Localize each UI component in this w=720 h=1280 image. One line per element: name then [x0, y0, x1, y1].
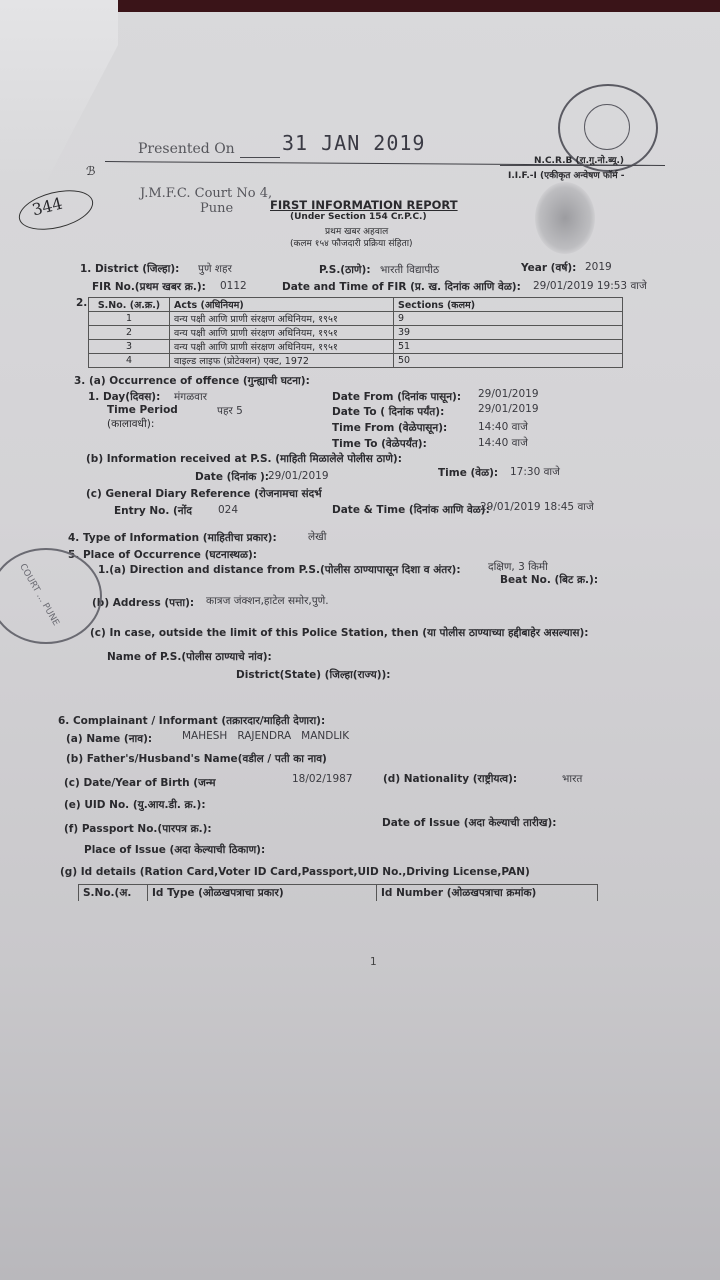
fir-no-value: 0112	[220, 280, 247, 292]
table-row: 1 वन्य पक्षी आणि प्राणी संरक्षण अधिनियम,…	[89, 312, 623, 326]
date-to-value: 29/01/2019	[478, 403, 539, 415]
date-from-value: 29/01/2019	[478, 388, 539, 400]
page-number: 1	[370, 956, 377, 968]
date-from-label: Date From (दिनांक पासून):	[332, 390, 461, 404]
id-table-header: S.No.(अ. Id Type (ओळखपत्राचा प्रकार) Id …	[79, 885, 598, 902]
court-name: J.M.F.C. Court No 4,	[140, 186, 272, 201]
info-time-label: Time (वेळ):	[438, 466, 498, 480]
header-sno: S.No. (अ.क्र.)	[89, 298, 170, 312]
name-label: (a) Name (नाव):	[66, 732, 152, 746]
id-header-number: Id Number (ओळखपत्राचा क्रमांक)	[377, 885, 598, 902]
ps-label: P.S.(ठाणे):	[319, 263, 371, 277]
fir-no-label: FIR No.(प्रथम खबर क्र.):	[92, 280, 206, 294]
emblem-icon	[584, 104, 630, 150]
background-dark-band	[118, 0, 720, 12]
time-to-label: Time To (वेळेपर्यंत):	[332, 437, 427, 451]
other-ps-name-label: Name of P.S.(पोलीस ठाण्याचे नांव):	[107, 650, 272, 664]
id-details-label: (g) Id details (Ration Card,Voter ID Car…	[60, 866, 530, 878]
time-from-label: Time From (वेळेपासून):	[332, 421, 447, 435]
info-received-heading: (b) Information received at P.S. (माहिती…	[86, 452, 402, 466]
direction-label: 1.(a) Direction and distance from P.S.(प…	[98, 563, 461, 577]
issue-date-label: Date of Issue (अदा केल्याची तारीख):	[382, 816, 556, 830]
issue-place-label: Place of Issue (अदा केल्याची ठिकाण):	[84, 843, 265, 857]
id-details-table: S.No.(अ. Id Type (ओळखपत्राचा प्रकार) Id …	[78, 884, 598, 901]
info-date-label: Date (दिनांक ):	[195, 470, 269, 484]
fir-datetime-label: Date and Time of FIR (प्र. ख. दिनांक आणि…	[282, 280, 521, 294]
court-seal-text: COURT ... PUNE	[17, 562, 61, 627]
report-subtitle: (Under Section 154 Cr.P.C.)	[290, 212, 427, 222]
outside-limit-label: (c) In case, outside the limit of this P…	[90, 626, 589, 640]
handwritten-mark: ℬ	[86, 164, 95, 178]
header-sections: Sections (कलम)	[394, 298, 623, 312]
ncrb-rule	[500, 165, 650, 166]
gd-reference-heading: (c) General Diary Reference (रोजनामचा सं…	[86, 487, 322, 501]
section-2-number: 2.	[76, 297, 87, 309]
time-period-value: पहर 5	[217, 404, 243, 418]
address-value: कात्रज जंक्शन,हाटेल समोर,पुणे.	[206, 594, 329, 608]
time-period-label-2: (कालावधी):	[107, 417, 154, 431]
dob-value: 18/02/1987	[292, 773, 353, 785]
day-label: 1. Day(दिवस):	[88, 390, 160, 404]
ps-value: भारती विद्यापीठ	[380, 263, 439, 277]
nationality-label: (d) Nationality (राष्ट्रीयत्व):	[383, 772, 517, 786]
time-to-value: 14:40 वाजे	[478, 436, 528, 450]
underlying-page-edge	[0, 0, 118, 180]
district-value: पुणे शहर	[198, 262, 232, 276]
beat-no-label: Beat No. (बिट क्र.):	[500, 573, 598, 587]
time-period-label: Time Period	[107, 404, 178, 416]
year-label: Year (वर्ष):	[521, 261, 576, 275]
place-heading: 5. Place of Occurrence (घटनास्थळ):	[68, 548, 257, 562]
table-row: 2 वन्य पक्षी आणि प्राणी संरक्षण अधिनियम,…	[89, 326, 623, 340]
id-header-sno: S.No.(अ.	[79, 885, 148, 902]
nationality-value: भारत	[562, 772, 582, 786]
table-row: 4 वाइल्ड लाइफ (प्रोटेक्शन) एक्ट, 1972 50	[89, 354, 623, 368]
court-seal: COURT ... PUNE	[0, 548, 102, 644]
report-subtitle-marathi-2: (कलम १५४ फौजदारी प्रक्रिया संहिता)	[290, 236, 413, 249]
direction-value: दक्षिण, 3 किमी	[488, 560, 548, 574]
info-date-value: 29/01/2019	[268, 470, 329, 482]
info-type-value: लेखी	[308, 530, 326, 544]
header-acts: Acts (अधिनियम)	[170, 298, 394, 312]
complainant-heading: 6. Complainant / Informant (तक्रारदार/मा…	[58, 714, 325, 728]
court-city: Pune	[200, 201, 233, 216]
passport-label: (f) Passport No.(पारपत्र क्र.):	[64, 822, 212, 836]
year-value: 2019	[585, 261, 612, 273]
acts-table: S.No. (अ.क्र.) Acts (अधिनियम) Sections (…	[88, 297, 623, 368]
entry-no-value: 024	[218, 504, 238, 516]
occurrence-heading: 3. (a) Occurrence of offence (गुन्ह्याची…	[74, 374, 310, 388]
date-to-label: Date To ( दिनांक पर्यंत):	[332, 405, 444, 419]
gd-datetime-label: Date & Time (दिनांक आणि वेळ):	[332, 503, 490, 517]
presented-on-label: Presented On	[138, 141, 235, 157]
report-title: FIRST INFORMATION REPORT	[270, 198, 458, 212]
complainant-name: MAHESH RAJENDRA MANDLIK	[182, 730, 349, 742]
acts-table-header: S.No. (अ.क्र.) Acts (अधिनियम) Sections (…	[89, 298, 623, 312]
iif-label: I.I.F.-I (एकीकृत अन्वेषण फॉर्म -	[508, 168, 624, 181]
dob-label: (c) Date/Year of Birth (जन्म	[64, 776, 216, 790]
table-row: 3 वन्य पक्षी आणि प्राणी संरक्षण अधिनियम,…	[89, 340, 623, 354]
father-name-label: (b) Father's/Husband's Name(वडील / पती क…	[66, 752, 327, 766]
address-label: (b) Address (पत्ता):	[92, 596, 194, 610]
info-time-value: 17:30 वाजे	[510, 465, 560, 479]
day-value: मंगळवार	[174, 390, 207, 404]
entry-no-label: Entry No. (नोंद	[114, 504, 192, 518]
district-label: 1. District (जिल्हा):	[80, 262, 179, 276]
time-from-value: 14:40 वाजे	[478, 420, 528, 434]
received-date-stamp: 31 JAN 2019	[282, 131, 425, 155]
uid-label: (e) UID No. (यु.आय.डी. क्र.):	[64, 798, 206, 812]
district-state-label: District(State) (जिल्हा(राज्य)):	[236, 668, 391, 682]
presented-underline	[240, 157, 280, 158]
id-header-type: Id Type (ओळखपत्राचा प्रकार)	[148, 885, 377, 902]
gd-datetime-value: 29/01/2019 18:45 वाजे	[480, 500, 594, 514]
thumbprint	[535, 182, 595, 254]
fir-datetime-value: 29/01/2019 19:53 वाजे	[533, 279, 647, 293]
info-type-label: 4. Type of Information (माहितीचा प्रकार)…	[68, 531, 277, 545]
handwritten-circle	[15, 183, 97, 236]
